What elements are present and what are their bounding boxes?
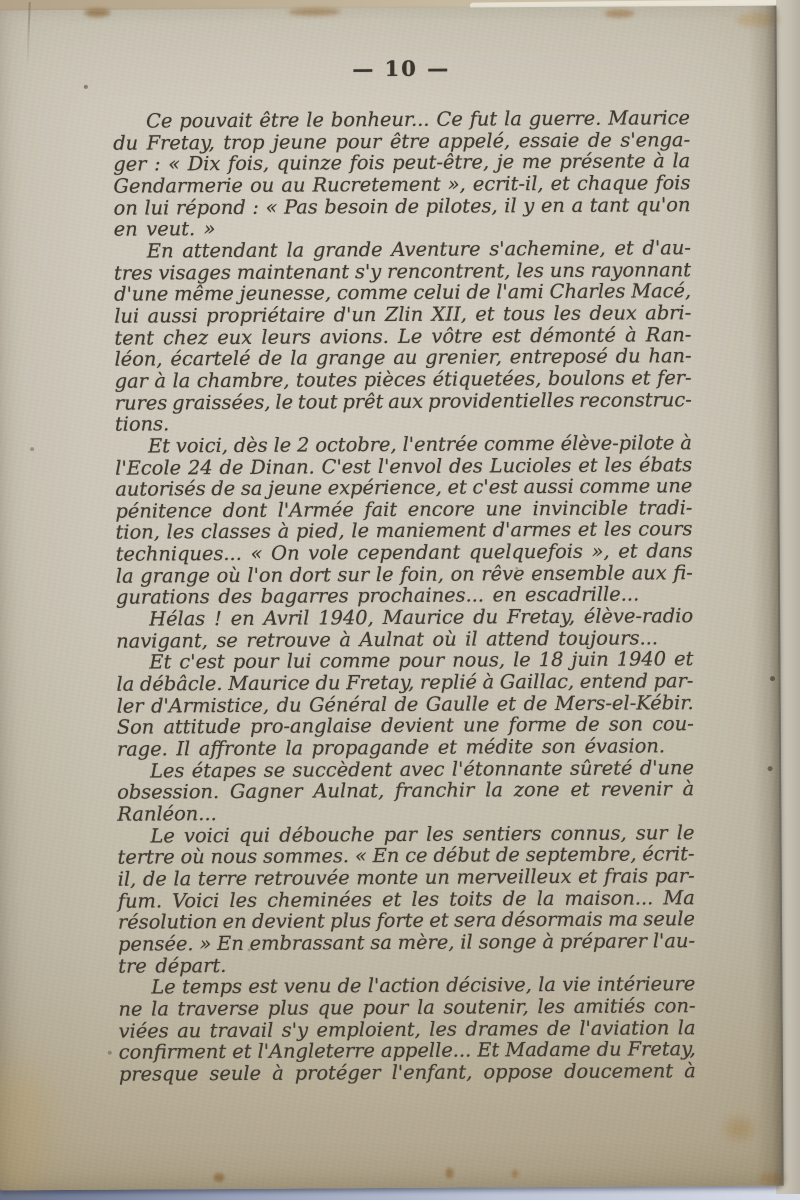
- page-corner-crease: [26, 2, 30, 66]
- text-line: onluirépond:«Pasbesoindepilotes,ilyenata…: [114, 193, 691, 218]
- stain: [84, 9, 110, 17]
- text-line: pensée.»Enembrassantsamère,ilsongeàprépa…: [118, 929, 695, 954]
- paragraph: Letempsestvenudel'actiondécisive,laviein…: [118, 972, 696, 1084]
- paragraph: Etvoici,dèsle2octobre,l'entréecommeélève…: [115, 431, 693, 608]
- text-line: obsession.GagnerAulnat,franchirlazoneetr…: [117, 777, 694, 802]
- paragraph: Levoiciquidéboucheparlessentiersconnus,s…: [117, 821, 695, 976]
- scanned-book-page: — 10 — Cepouvaitêtrelebonheur...Cefutlag…: [0, 6, 784, 1191]
- stain: [604, 9, 634, 17]
- paragraph: EnattendantlagrandeAventures'achemine,et…: [114, 236, 692, 434]
- text-line: lerd'Armistice,duGénéraldeGaulleetdeMers…: [117, 691, 694, 716]
- text-line: ruresgraissées,letoutprêtauxprovidentiel…: [115, 388, 692, 413]
- page-text: Cepouvaitêtrelebonheur...Cefutlaguerre.M…: [113, 106, 696, 1084]
- page-number: — 10 —: [113, 54, 690, 83]
- paragraph: Etc'estpourluicommepournous,le18juin1940…: [116, 648, 694, 760]
- paragraph: Cepouvaitêtrelebonheur...Cefutlaguerre.M…: [113, 106, 691, 239]
- paragraph: Hélas!enAvril1940,MauriceduFretay,élève-…: [116, 604, 693, 651]
- stain: [288, 8, 340, 15]
- paragraph: Lesétapessesuccèdentavecl'étonnantesûret…: [117, 756, 694, 824]
